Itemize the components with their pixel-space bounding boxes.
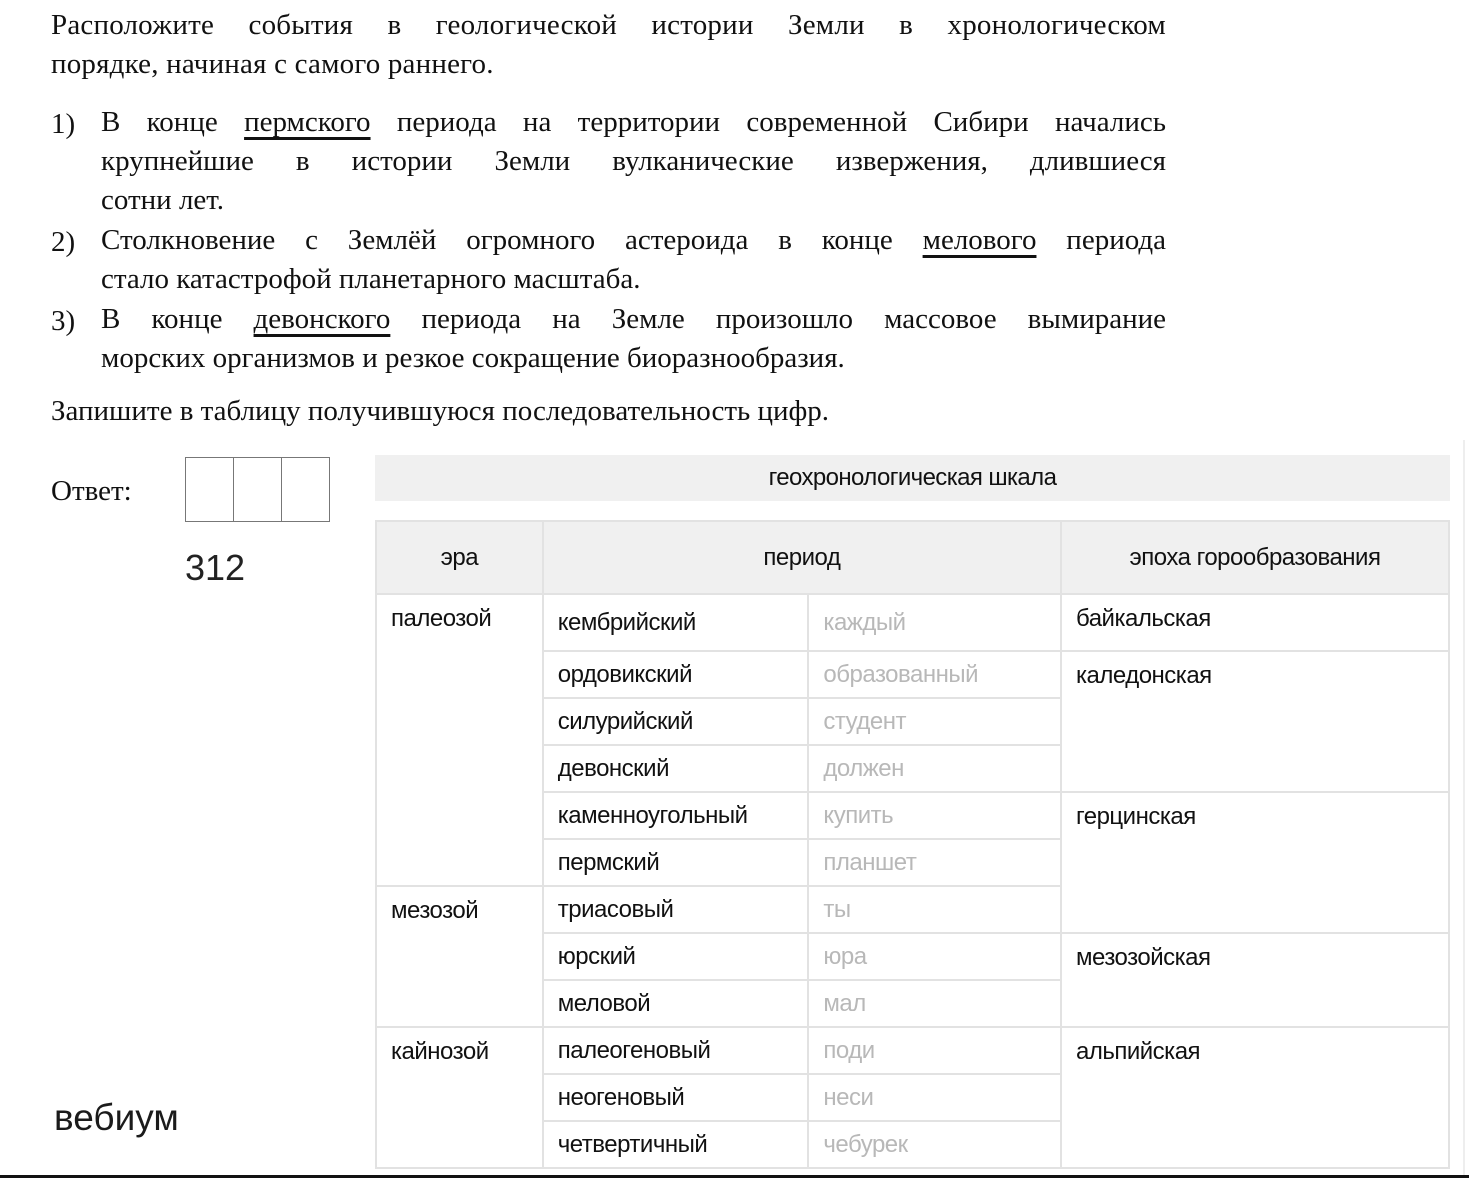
mnemonic-cell: поди	[808, 1027, 1061, 1074]
underlined-period: пермского	[244, 106, 370, 138]
period-cell: каменноугольный	[543, 792, 809, 839]
event-number: 1)	[51, 105, 75, 144]
header-period: период	[543, 521, 1061, 594]
task-intro: Расположите события в геологической исто…	[51, 6, 1166, 84]
event-item-2: 2) Столкновение с Землёй огромного астер…	[51, 221, 1166, 299]
period-cell: ордовикский	[543, 651, 809, 698]
period-cell: пермский	[543, 839, 809, 886]
period-cell: кембрийский	[543, 594, 809, 651]
period-cell: палеогеновый	[543, 1027, 809, 1074]
era-cell: мезозой	[376, 886, 543, 1027]
answer-cell-3[interactable]	[282, 458, 329, 521]
orogeny-cell: байкальская	[1061, 594, 1449, 651]
period-cell: силурийский	[543, 698, 809, 745]
underlined-period: мелового	[923, 224, 1037, 256]
period-cell: меловой	[543, 980, 809, 1027]
mnemonic-cell: юра	[808, 933, 1061, 980]
intro-line-2: порядке, начиная с самого раннего.	[51, 45, 1166, 84]
answer-label: Ответ:	[51, 472, 132, 511]
mnemonic-cell: ты	[808, 886, 1061, 933]
period-cell: юрский	[543, 933, 809, 980]
era-cell: палеозой	[376, 594, 543, 886]
mnemonic-cell: планшет	[808, 839, 1061, 886]
answer-cell-2[interactable]	[234, 458, 282, 521]
geochronological-table: эра период эпоха горообразования палеозо…	[375, 520, 1450, 1169]
mnemonic-cell: студент	[808, 698, 1061, 745]
mnemonic-cell: неси	[808, 1074, 1061, 1121]
period-cell: неогеновый	[543, 1074, 809, 1121]
answer-cell-1[interactable]	[186, 458, 234, 521]
mnemonic-cell: мал	[808, 980, 1061, 1027]
orogeny-cell: каледонская	[1061, 651, 1449, 792]
intro-line-1: Расположите события в геологической исто…	[51, 6, 1166, 45]
page-edge	[1463, 440, 1465, 1178]
period-cell: четвертичный	[543, 1121, 809, 1168]
handwritten-answer: 312	[185, 546, 245, 590]
header-orogeny: эпоха горообразования	[1061, 521, 1449, 594]
orogeny-cell: мезозойская	[1061, 933, 1449, 1027]
scale-title: геохронологическая шкала	[375, 455, 1450, 501]
table-header-row: эра период эпоха горообразования	[376, 521, 1449, 594]
period-cell: триасовый	[543, 886, 809, 933]
period-cell: девонский	[543, 745, 809, 792]
orogeny-cell: альпийская	[1061, 1027, 1449, 1168]
header-era: эра	[376, 521, 543, 594]
mnemonic-cell: купить	[808, 792, 1061, 839]
mnemonic-cell: чебурек	[808, 1121, 1061, 1168]
era-cell: кайнозой	[376, 1027, 543, 1168]
event-item-1: 1) В конце пермского периода на территор…	[51, 103, 1166, 220]
event-number: 3)	[51, 302, 75, 341]
answer-boxes	[185, 457, 330, 522]
mnemonic-cell: образованный	[808, 651, 1061, 698]
mnemonic-cell: должен	[808, 745, 1061, 792]
event-item-3: 3) В конце девонского периода на Земле п…	[51, 300, 1166, 378]
event-list: 1) В конце пермского периода на территор…	[51, 103, 1166, 379]
mnemonic-cell: каждый	[808, 594, 1061, 651]
brand-logo: вебиум	[54, 1096, 179, 1140]
underlined-period: девонского	[254, 303, 391, 335]
table-row: кайнозой палеогеновый поди альпийская	[376, 1027, 1449, 1074]
table-row: палеозой кембрийский каждый байкальская	[376, 594, 1449, 651]
instruction-text: Запишите в таблицу получившуюся последов…	[51, 392, 829, 431]
event-number: 2)	[51, 223, 75, 262]
orogeny-cell: герцинская	[1061, 792, 1449, 933]
